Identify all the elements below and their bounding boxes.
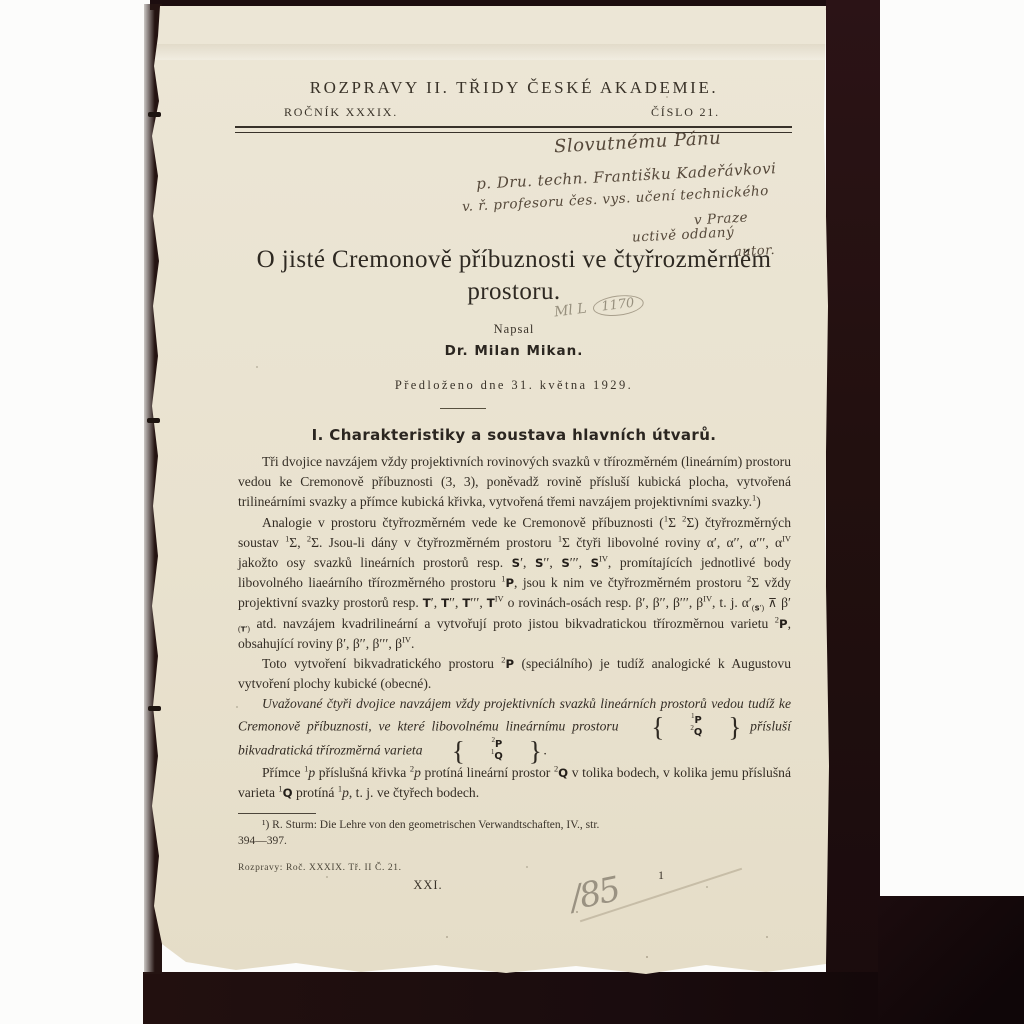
masthead-issue: ČÍSLO 21. (651, 105, 720, 120)
footnote-line1: ¹) R. Sturm: Die Lehre von den geometris… (238, 817, 791, 834)
section-heading: I. Charakteristiky a soustava hlavních ú… (238, 426, 790, 444)
footnote-rule (238, 813, 316, 814)
paragraph: Uvažované čtyři dvojice navzájem vždy pr… (238, 694, 791, 763)
stitch-mark (148, 112, 161, 117)
article-title-line1: O jisté Cremonově příbuznosti ve čtyřroz… (206, 244, 822, 276)
footnote-line2: 394—397. (238, 833, 791, 850)
scan-background: ROZPRAVY II. TŘIDY ČESKÉ AKADEMIE. ROČNÍ… (0, 0, 1024, 1024)
section-divider-rule (440, 408, 486, 409)
byline-napsal: Napsal (238, 322, 790, 337)
paragraph: Toto vytvoření bikvadratického prostoru … (238, 654, 791, 694)
stitch-mark (147, 418, 160, 423)
masthead-title: ROZPRAVY II. TŘIDY ČESKÉ AKADEMIE. (238, 78, 790, 98)
book-cover-corner (878, 896, 1024, 1024)
scanned-page: ROZPRAVY II. TŘIDY ČESKÉ AKADEMIE. ROČNÍ… (146, 6, 830, 976)
submission-date: Předloženo dne 31. května 1929. (238, 378, 790, 393)
sheet-signature: XXI. (238, 878, 618, 893)
author-name: Dr. Milan Mikan. (238, 343, 790, 359)
paragraph: Přímce 1p příslušná křivka 2p protíná li… (238, 763, 791, 803)
book-cover-right-edge (826, 0, 880, 1024)
stitch-mark (148, 706, 161, 711)
article-title: O jisté Cremonově příbuznosti ve čtyřroz… (206, 244, 822, 308)
article-title-line2: prostoru. (206, 276, 822, 308)
masthead-volume: ROČNÍK XXXIX. (284, 105, 398, 120)
page-number: 1 (658, 868, 664, 883)
body-paragraphs: Tři dvojice navzájem vždy projektivních … (238, 452, 791, 804)
imprint: Rozpravy: Roč. XXXIX. Tř. II Č. 21. (238, 863, 791, 873)
dedication-line: uctivě oddaný (632, 224, 735, 245)
body-column: Tři dvojice navzájem vždy projektivních … (238, 452, 791, 893)
paragraph: Analogie v prostoru čtyřrozměrném vede k… (238, 513, 791, 654)
paragraph: Tři dvojice navzájem vždy projektivních … (238, 452, 791, 513)
